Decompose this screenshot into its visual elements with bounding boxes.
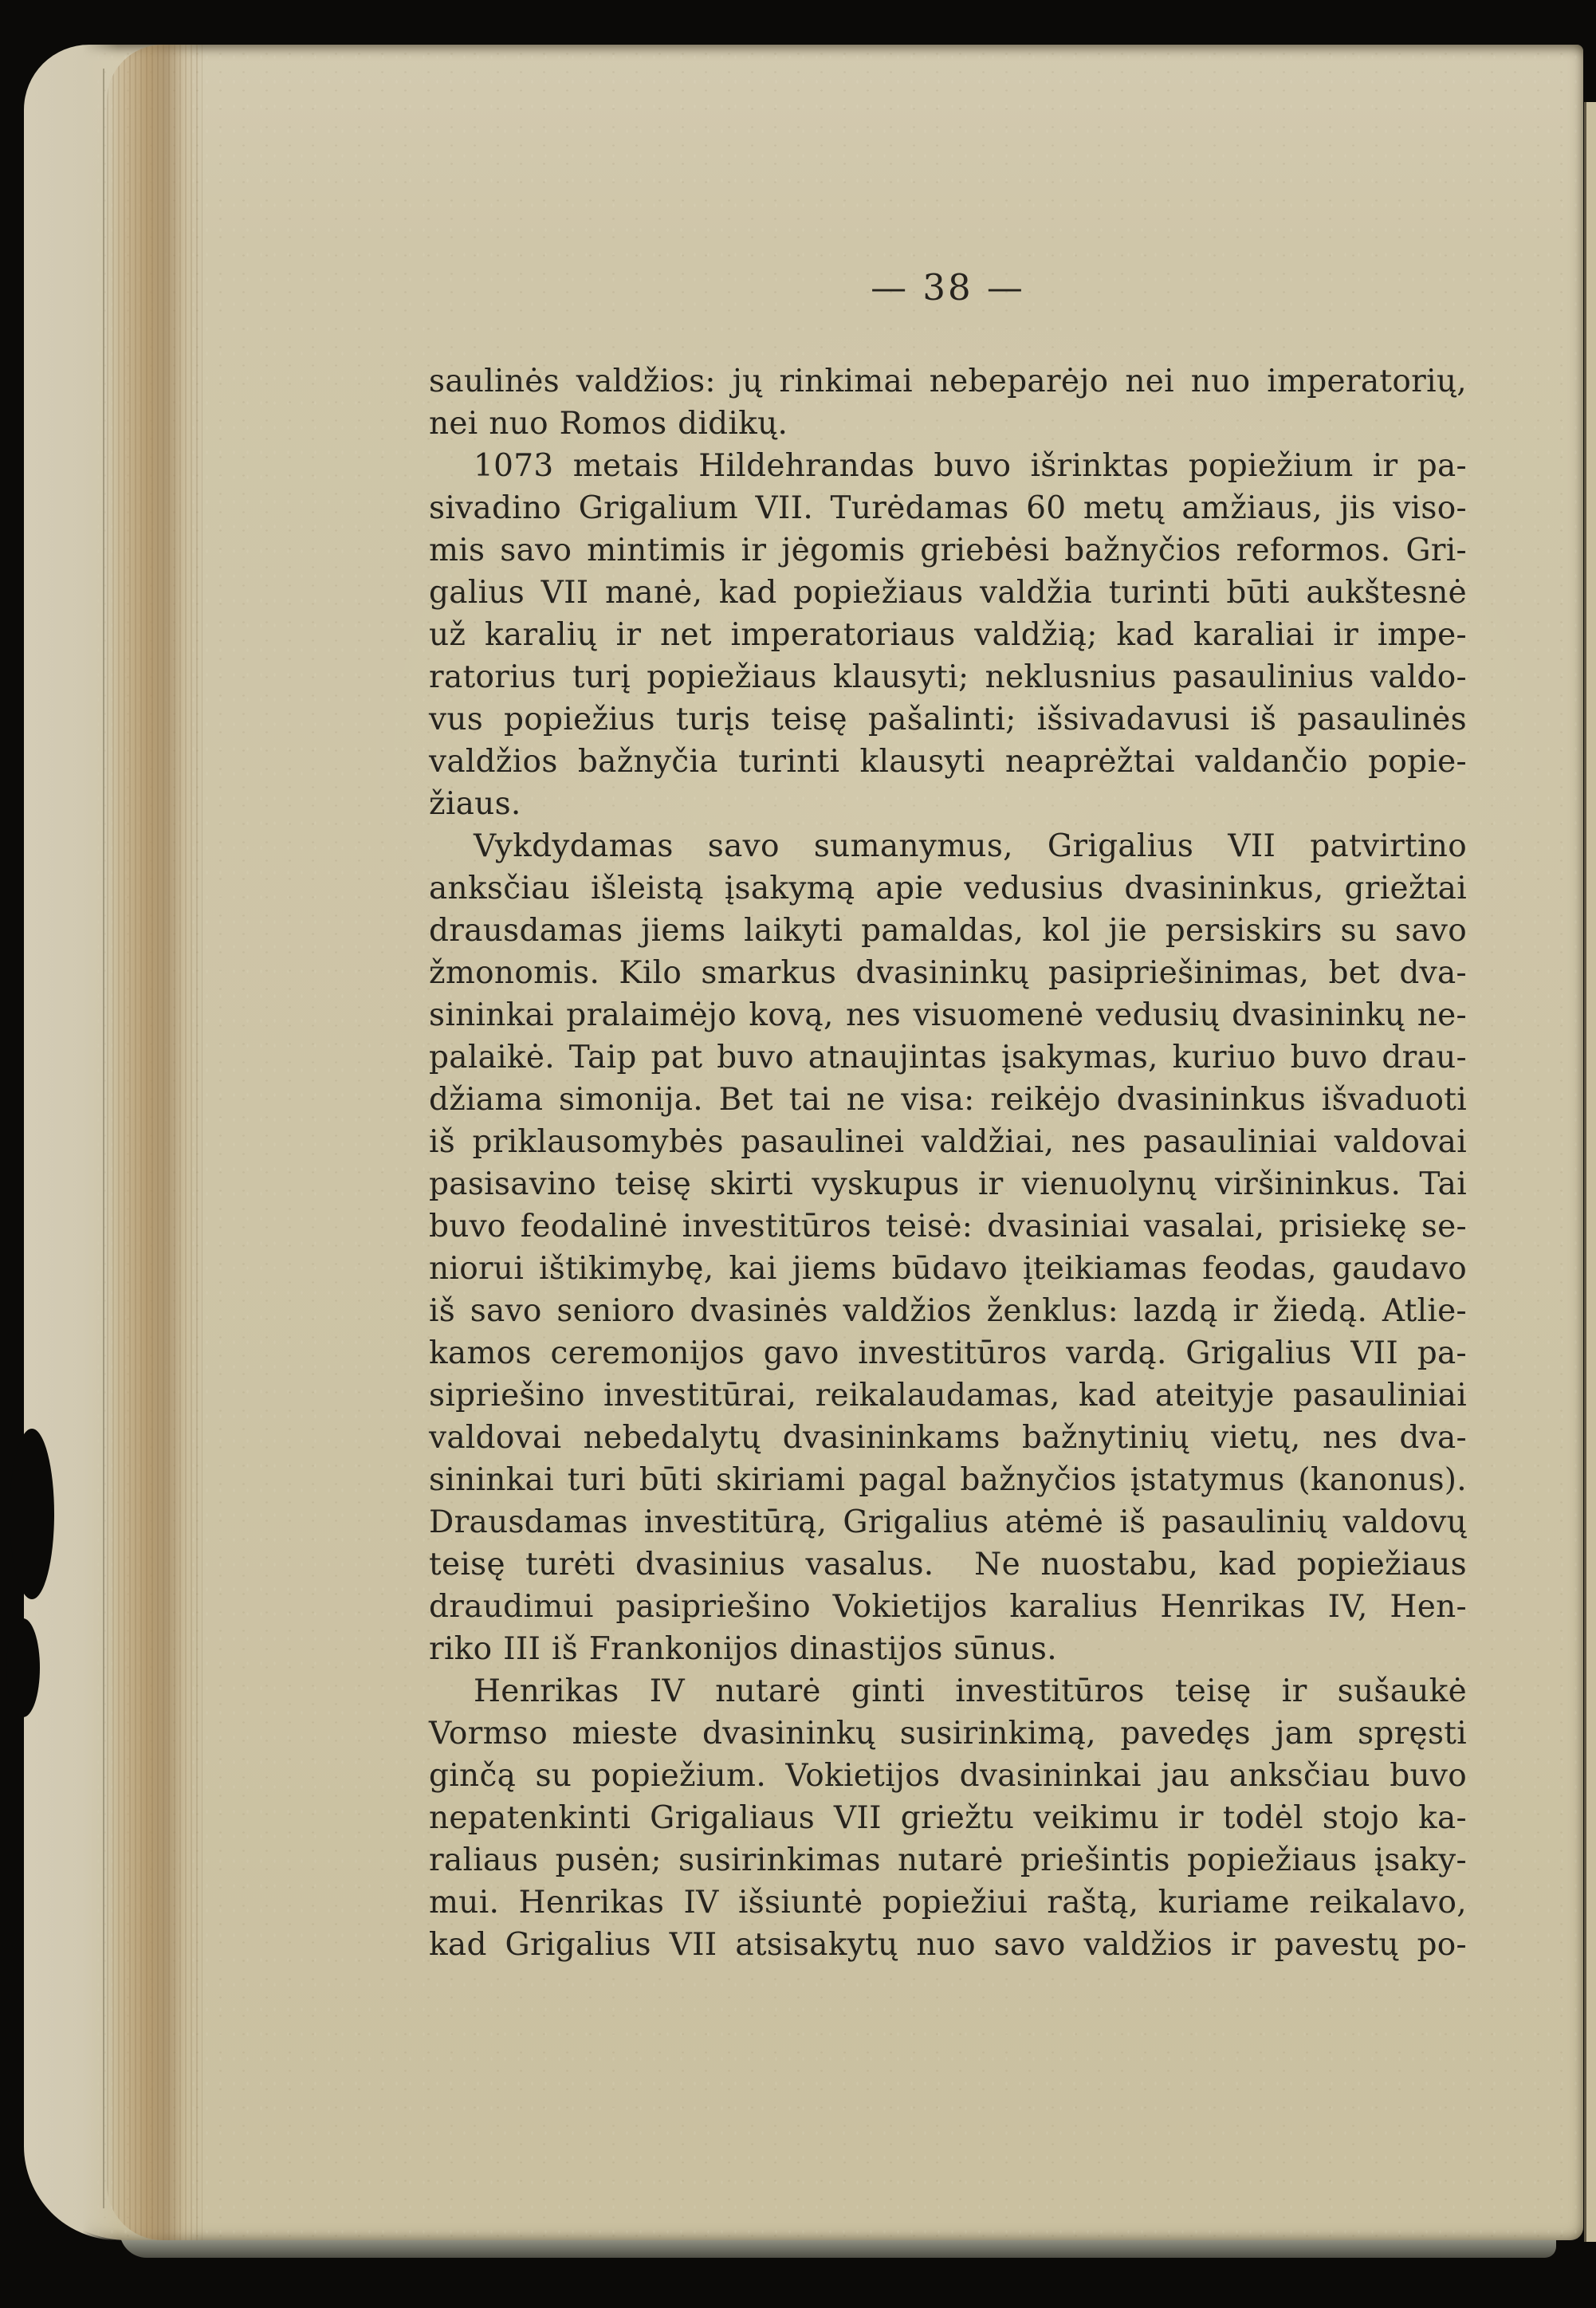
text-line: nepatenkinti Grigaliaus VII griežtu veik… [429, 1797, 1467, 1839]
text-line: kamos ceremonijos gavo investitūros vard… [429, 1332, 1467, 1374]
text-line: draudimui pasipriešino Vokietijos karali… [429, 1586, 1467, 1628]
text-block: saulinės valdžios: jų rinkimai nebeparėj… [429, 360, 1467, 1966]
scan-background: { "page": { "number": "— 38 —", "lines":… [0, 0, 1596, 2308]
text-line: raliaus pusėn; susirinkimas nutarė prieš… [429, 1839, 1467, 1881]
text-line: mui. Henrikas IV išsiuntė popiežiui rašt… [429, 1881, 1467, 1924]
text-line: sivadino Grigalium VII. Turėdamas 60 met… [429, 487, 1467, 529]
adjacent-page-edge [1584, 0, 1596, 2242]
text-line: nei nuo Romos didikų. [429, 403, 1467, 445]
text-line: buvo feodalinė investitūros teisė: dvasi… [429, 1205, 1467, 1248]
text-line: vus popiežius turįs teisę pašalinti; išs… [429, 698, 1467, 741]
text-line: Vykdydamas savo sumanymus, Grigalius VII… [429, 825, 1467, 867]
text-line: teisę turėti dvasinius vasalus. Ne nuost… [429, 1543, 1467, 1586]
text-line: mis savo mintimis ir jėgomis griebėsi ba… [429, 529, 1467, 572]
text-line: sininkai pralaimėjo kovą, nes visuomenė … [429, 994, 1467, 1036]
text-line: palaikė. Taip pat buvo atnaujintas įsaky… [429, 1036, 1467, 1079]
text-line: ratorius turį popiežiaus klausyti; neklu… [429, 656, 1467, 698]
gutter-line [103, 69, 104, 2208]
text-line: ginčą su popiežium. Vokietijos dvasinink… [429, 1755, 1467, 1797]
text-line: džiama simonija. Bet tai ne visa: reikėj… [429, 1079, 1467, 1121]
text-line: už karalių ir net imperatoriaus valdžią;… [429, 614, 1467, 656]
text-line: Drausdamas investitūrą, Grigalius atėmė … [429, 1501, 1467, 1543]
page-gutter-shadow [107, 45, 202, 2240]
text-line: 1073 metais Hildehrandas buvo išrinktas … [429, 445, 1467, 487]
text-line: niorui ištikimybę, kai jiems būdavo įtei… [429, 1248, 1467, 1290]
text-line: iš priklausomybės pasaulinei valdžiai, n… [429, 1121, 1467, 1163]
text-line: drausdamas jiems laikyti pamaldas, kol j… [429, 910, 1467, 952]
text-line: valdovai nebedalytų dvasininkams bažnyti… [429, 1417, 1467, 1459]
torn-scan-edge [10, 1429, 54, 1599]
text-line: žiaus. [429, 783, 1467, 825]
text-line: sipriešino investitūrai, reikalaudamas, … [429, 1374, 1467, 1417]
text-line: Henrikas IV nutarė ginti investitūros te… [429, 1670, 1467, 1712]
text-line: kad Grigalius VII atsisakytų nuo savo va… [429, 1924, 1467, 1966]
text-line: valdžios bažnyčia turinti klausyti neapr… [429, 741, 1467, 783]
text-line: žmonomis. Kilo smarkus dvasininkų pasipr… [429, 952, 1467, 994]
text-line: iš savo senioro dvasinės valdžios ženklu… [429, 1290, 1467, 1332]
text-line: saulinės valdžios: jų rinkimai nebeparėj… [429, 360, 1467, 403]
text-line: anksčiau išleistą įsakymą apie vedusius … [429, 867, 1467, 910]
text-line: riko III iš Frankonijos dinastijos sūnus… [429, 1628, 1467, 1670]
text-line: pasisavino teisę skirti vyskupus ir vien… [429, 1163, 1467, 1205]
page-number: — 38 — [429, 268, 1467, 308]
text-line: galius VII manė, kad popiežiaus valdžia … [429, 572, 1467, 614]
text-line: sininkai turi būti skiriami pagal bažnyč… [429, 1459, 1467, 1501]
torn-scan-edge [6, 1618, 40, 1717]
book-page: — 38 — saulinės valdžios: jų rinkimai ne… [24, 45, 1583, 2240]
text-line: Vormso mieste dvasininkų susirinkimą, pa… [429, 1712, 1467, 1755]
